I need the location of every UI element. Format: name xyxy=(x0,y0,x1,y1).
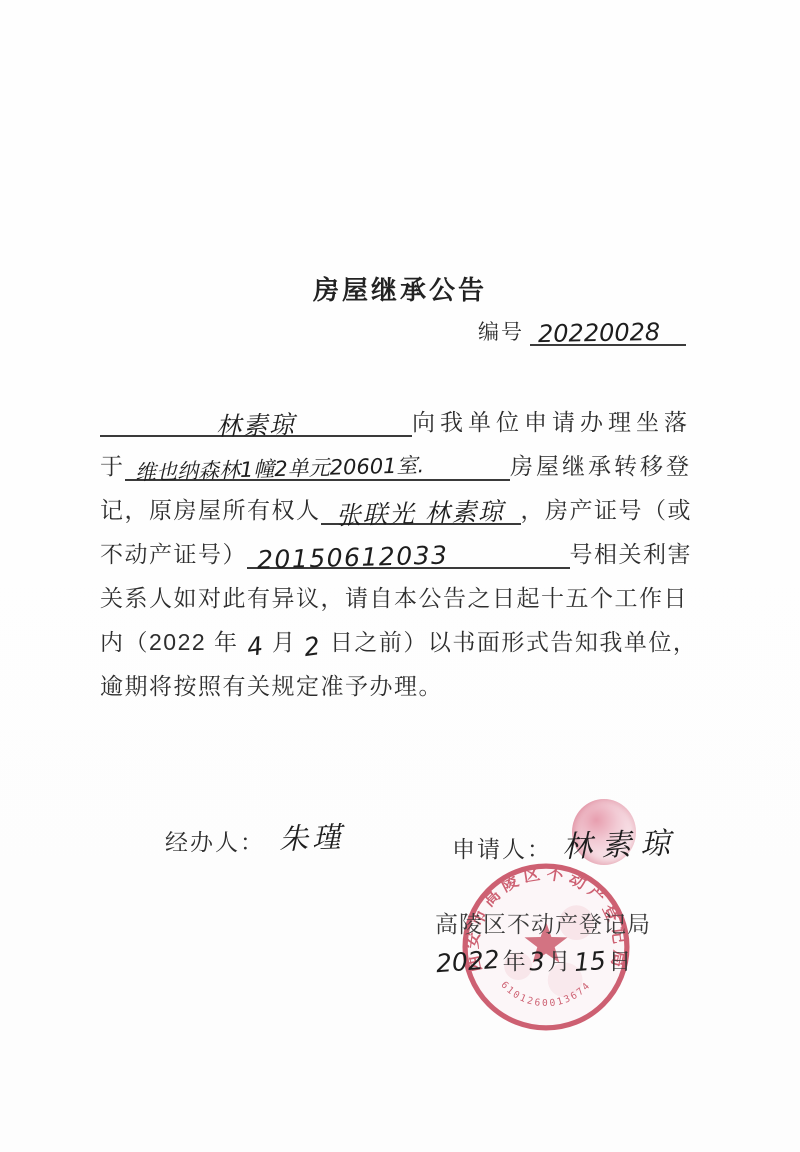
applicant-name-handwritten: 林素琼 xyxy=(216,412,296,439)
handler-signature-handwritten: 朱瑾 xyxy=(278,815,345,858)
month-label: 月 xyxy=(548,946,571,976)
certificate-number-handwritten: 20150612033 xyxy=(257,542,449,572)
handler-signature-row: 经办人： 朱瑾 xyxy=(165,816,345,857)
serial-label: 编号 xyxy=(478,320,524,346)
deadline-month-handwritten: 4 xyxy=(245,636,265,658)
applicant-signature-row: 申请人： 林素琼 xyxy=(452,820,679,864)
printed-text: 号相关利害 xyxy=(570,539,693,569)
handler-label: 经办人： xyxy=(165,827,265,857)
serial-blank-line: 20220028 xyxy=(530,321,686,346)
body-line-5: 关系人如对此有异议，请自本公告之日起十五个工作日 xyxy=(100,569,692,613)
body-line-2: 于 维也纳森林1幢2单元20601室. 房屋继承转移登 xyxy=(100,437,692,481)
body-line-6: 内（2022 年 4 月 2 日之前）以书面形式告知我单位， xyxy=(100,613,692,657)
applicant-signature-handwritten: 林素琼 xyxy=(561,818,679,866)
printed-text: 记，原房屋所有权人 xyxy=(100,495,321,525)
body-line-7: 逾期将按照有关规定准予办理。 xyxy=(100,657,692,701)
certificate-number-blank: 20150612033 xyxy=(247,545,570,569)
printed-text: 房屋继承转移登 xyxy=(510,451,692,481)
document-title: 房屋继承公告 xyxy=(0,270,800,307)
printed-text: 关系人如对此有异议，请自本公告之日起十五个工作日 xyxy=(100,583,688,613)
printed-text: 日之前）以书面形式告知我单位， xyxy=(330,627,698,657)
printed-text: 逾期将按照有关规定准予办理。 xyxy=(100,671,443,701)
applicant-name-blank: 林素琼 xyxy=(100,413,412,437)
issuing-office-name: 高陵区不动产登记局 xyxy=(435,906,651,939)
serial-handwritten-value: 20220028 xyxy=(538,320,661,346)
deadline-day-handwritten: 2 xyxy=(303,636,323,658)
printed-text: 于 xyxy=(100,451,125,481)
original-owner-blank: 张联光 林素琼 xyxy=(321,501,521,525)
property-address-blank: 维也纳森林1幢2单元20601室. xyxy=(125,457,511,481)
printed-text: 内（2022 年 xyxy=(100,627,239,657)
scanned-document-page: 房屋继承公告 编号 20220028 林素琼 向我单位申请办理坐落 于 维也纳森… xyxy=(0,0,800,1152)
announcement-body: 林素琼 向我单位申请办理坐落 于 维也纳森林1幢2单元20601室. 房屋继承转… xyxy=(100,393,692,701)
issue-year-handwritten: 2022 xyxy=(435,945,500,978)
printed-text: 不动产证号） xyxy=(100,539,247,569)
serial-number-row: 编号 20220028 xyxy=(478,320,686,346)
original-owner-handwritten: 张联光 林素琼 xyxy=(336,499,505,528)
day-label: 日 xyxy=(608,946,631,976)
issue-month-handwritten: 3 xyxy=(528,946,546,976)
property-address-handwritten: 维也纳森林1幢2单元20601室. xyxy=(134,453,424,486)
body-line-1: 林素琼 向我单位申请办理坐落 xyxy=(100,393,692,437)
printed-text: 月 xyxy=(272,627,297,657)
year-label: 年 xyxy=(503,946,526,976)
printed-text: ，房产证号（或 xyxy=(521,495,693,525)
body-line-4: 不动产证号） 20150612033 号相关利害 xyxy=(100,525,692,569)
body-line-3: 记，原房屋所有权人 张联光 林素琼 ，房产证号（或 xyxy=(100,481,692,525)
issue-date-row: 2022 年 3 月 15 日 xyxy=(436,946,634,976)
printed-text: 向我单位申请办理坐落 xyxy=(412,407,692,437)
issue-day-handwritten: 15 xyxy=(573,946,607,977)
